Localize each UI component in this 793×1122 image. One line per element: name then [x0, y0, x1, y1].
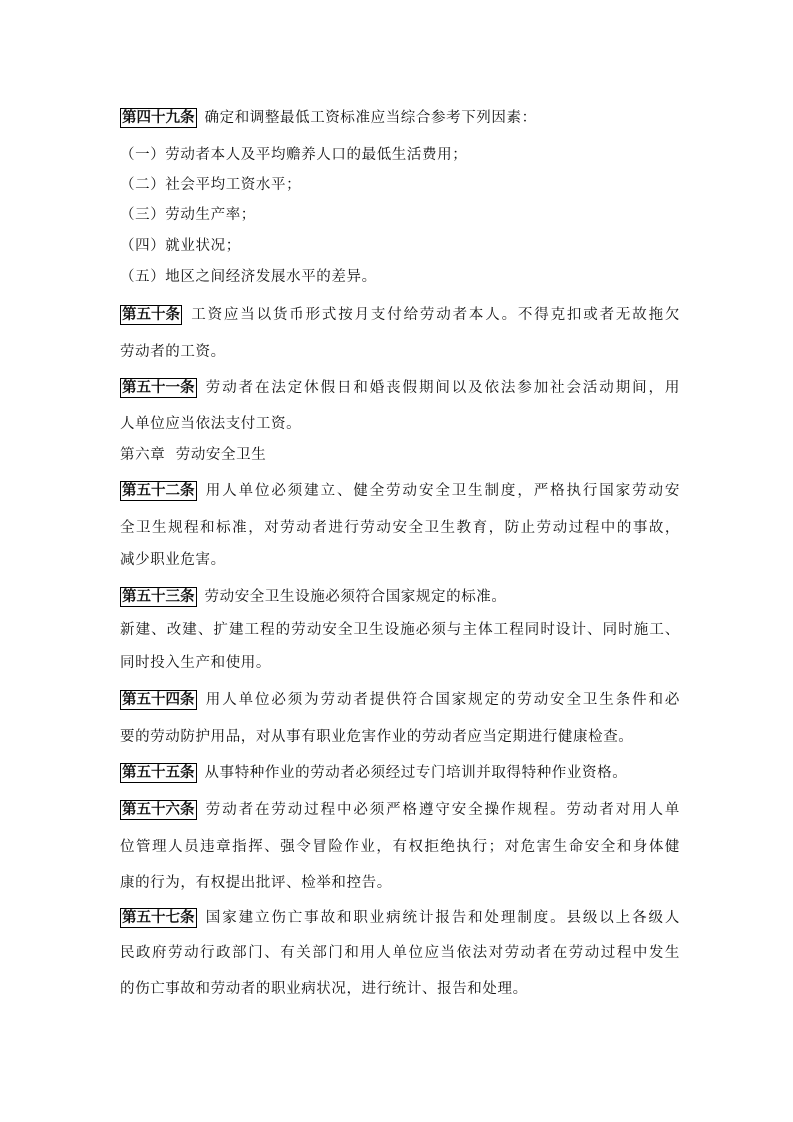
article-text: 人单位应当依法支付工资。 [120, 414, 680, 434]
article-text: 劳动者在法定休假日和婚丧假期间以及依法参加社会活动期间，用 [205, 380, 681, 396]
article-label: 第四十九条 [120, 108, 197, 128]
list-item: （三）劳动生产率； [120, 205, 680, 225]
article-text: 劳动者在劳动过程中必须严格遵守安全操作规程。劳动者对用人单 [205, 802, 681, 818]
article-label: 第五十五条 [120, 763, 197, 783]
document-page: 第四十九条确定和调整最低工资标准应当综合参考下列因素： （一）劳动者本人及平均赡… [0, 0, 793, 1122]
article-text: 减少职业危害。 [120, 550, 680, 570]
article-text: 新建、改建、扩建工程的劳动安全卫生设施必须与主体工程同时设计、同时施工、 [120, 620, 680, 640]
article-text: 国家建立伤亡事故和职业病统计报告和处理制度。县级以上各级人 [205, 910, 681, 926]
article-text: 劳动者的工资。 [120, 342, 680, 362]
article-52-line-1: 第五十二条用人单位必须建立、健全劳动安全卫生制度，严格执行国家劳动安 [120, 481, 680, 501]
article-text: 的伤亡事故和劳动者的职业病状况，进行统计、报告和处理。 [120, 979, 680, 999]
article-54-line-1: 第五十四条用人单位必须为劳动者提供符合国家规定的劳动安全卫生条件和必 [120, 690, 680, 710]
article-label: 第五十二条 [120, 481, 197, 501]
article-text: 用人单位必须为劳动者提供符合国家规定的劳动安全卫生条件和必 [205, 692, 681, 708]
article-text: 劳动安全卫生设施必须符合国家规定的标准。 [205, 589, 507, 605]
article-text: 从事特种作业的劳动者必须经过专门培训并取得特种作业资格。 [205, 765, 628, 781]
article-text: 民政府劳动行政部门、有关部门和用人单位应当依法对劳动者在劳动过程中发生 [120, 943, 680, 963]
article-text: 同时投入生产和使用。 [120, 653, 680, 673]
article-50-line-1: 第五十条工资应当以货币形式按月支付给劳动者本人。不得克扣或者无故拖欠 [120, 305, 680, 325]
article-text: 全卫生规程和标准，对劳动者进行劳动安全卫生教育，防止劳动过程中的事故， [120, 518, 680, 538]
article-label: 第五十六条 [120, 800, 197, 820]
article-label: 第五十条 [120, 305, 182, 325]
article-55-line-1: 第五十五条从事特种作业的劳动者必须经过专门培训并取得特种作业资格。 [120, 763, 680, 783]
list-item: （五）地区之间经济发展水平的差异。 [120, 267, 680, 287]
article-text: 要的劳动防护用品，对从事有职业危害作业的劳动者应当定期进行健康检查。 [120, 727, 680, 747]
list-item: （一）劳动者本人及平均赡养人口的最低生活费用； [120, 145, 680, 165]
article-53-line-1: 第五十三条劳动安全卫生设施必须符合国家规定的标准。 [120, 587, 680, 607]
article-text: 用人单位必须建立、健全劳动安全卫生制度，严格执行国家劳动安 [205, 483, 681, 499]
chapter-heading: 第六章 劳动安全卫生 [120, 445, 680, 465]
list-item: （二）社会平均工资水平； [120, 175, 680, 195]
article-49-line-1: 第四十九条确定和调整最低工资标准应当综合参考下列因素： [120, 108, 680, 128]
article-text: 位管理人员违章指挥、强令冒险作业，有权拒绝执行；对危害生命安全和身体健 [120, 837, 680, 857]
article-label: 第五十三条 [120, 587, 197, 607]
article-text: 康的行为，有权提出批评、检举和控告。 [120, 873, 680, 893]
article-51-line-1: 第五十一条劳动者在法定休假日和婚丧假期间以及依法参加社会活动期间，用 [120, 378, 680, 398]
article-label: 第五十一条 [120, 378, 197, 398]
article-text: 工资应当以货币形式按月支付给劳动者本人。不得克扣或者无故拖欠 [190, 307, 680, 323]
article-57-line-1: 第五十七条国家建立伤亡事故和职业病统计报告和处理制度。县级以上各级人 [120, 908, 680, 928]
article-label: 第五十四条 [120, 690, 197, 710]
list-item: （四）就业状况； [120, 236, 680, 256]
article-text: 确定和调整最低工资标准应当综合参考下列因素： [205, 110, 537, 126]
article-label: 第五十七条 [120, 908, 197, 928]
article-56-line-1: 第五十六条劳动者在劳动过程中必须严格遵守安全操作规程。劳动者对用人单 [120, 800, 680, 820]
